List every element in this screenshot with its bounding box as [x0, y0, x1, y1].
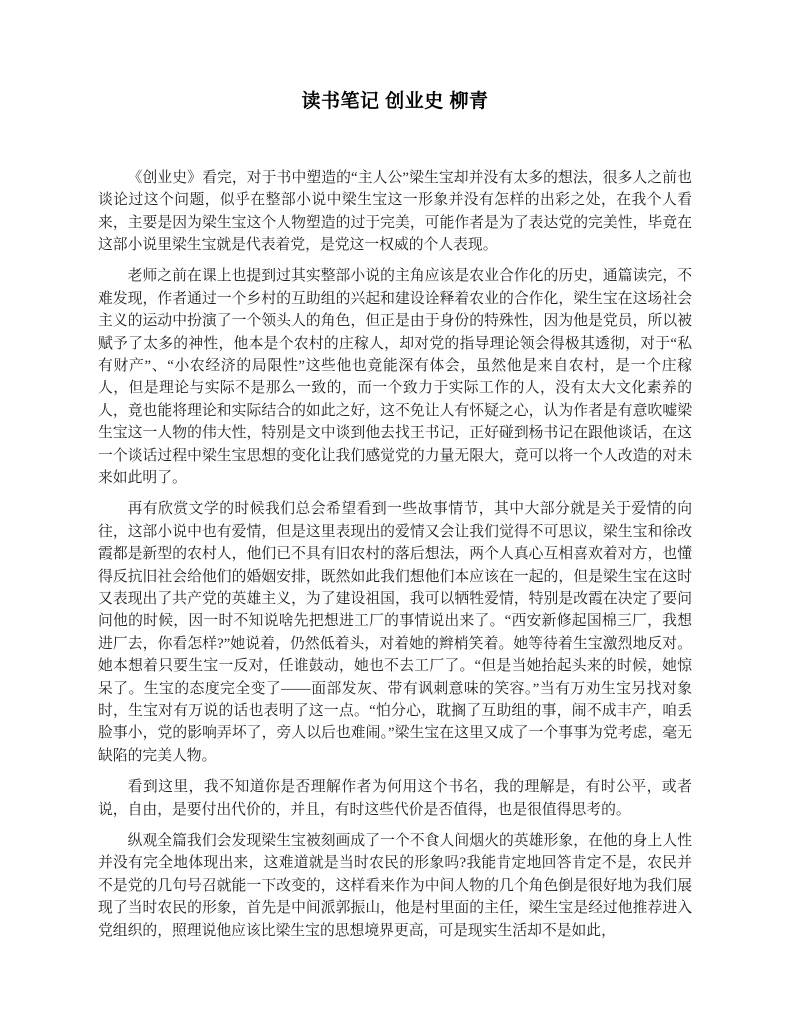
paragraph-4: 看到这里，我不知道你是否理解作者为何用这个书名，我的理解是，有时公平，或者说，自… [98, 776, 692, 821]
paragraph-3: 再有欣赏文学的时候我们总会希望看到一些故事情节，其中大部分就是关于爱情的向往，这… [98, 498, 692, 767]
paragraph-1: 《创业史》看完，对于书中塑造的“主人公”梁生宝却并没有太多的想法，很多人之前也谈… [98, 167, 692, 257]
document-page: 读书笔记 创业史 柳青 《创业史》看完，对于书中塑造的“主人公”梁生宝却并没有太… [0, 0, 792, 1025]
document-title: 读书笔记 创业史 柳青 [98, 90, 692, 115]
document-body: 《创业史》看完，对于书中塑造的“主人公”梁生宝却并没有太多的想法，很多人之前也谈… [98, 167, 692, 942]
paragraph-5: 纵观全篇我们会发现梁生宝被刻画成了一个不食人间烟火的英雄形象，在他的身上人性并没… [98, 830, 692, 942]
paragraph-2: 老师之前在课上也提到过其实整部小说的主角应该是农业合作化的历史，通篇读完，不难发… [98, 265, 692, 489]
